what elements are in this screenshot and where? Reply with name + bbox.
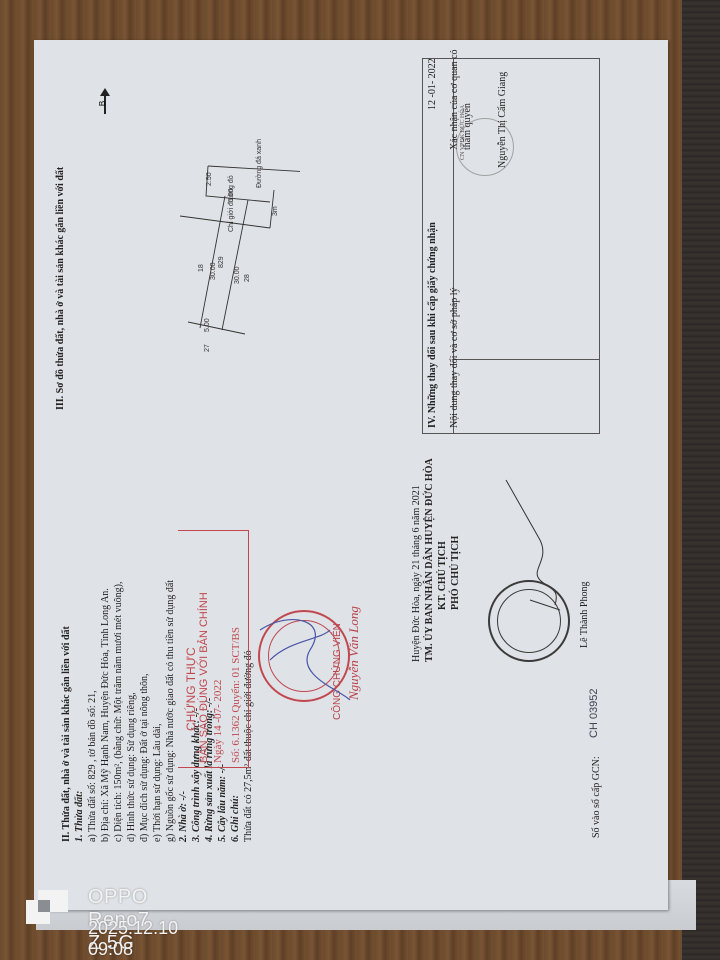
dim-bottom: 5.00 (204, 318, 211, 332)
place-date: Huyện Đức Hòa, ngày 21 tháng 6 năm 2021 (410, 458, 423, 662)
registry-label: Số vào sổ cấp GCN: (590, 756, 603, 838)
sub1-title: 1. Thửa đất: (73, 580, 86, 842)
col-changes-header: Nội dung thay đổi và cơ sở pháp lý (448, 287, 461, 428)
dim-right: 30.00 (234, 266, 241, 284)
section-2-title: II. Thửa đất, nhà ở và tài sản khác gắn … (60, 580, 73, 842)
dim-top: 5.00 (228, 188, 235, 202)
certification-stamp: CHỨNG THỰC BẢN SAO ĐÚNG VỚI BẢN CHÍNH Ng… (178, 530, 249, 768)
neighbor-bottom: 27 (204, 344, 211, 352)
authority: TM. ỦY BAN NHÂN DÂN HUYỆN ĐỨC HÒA (423, 458, 436, 662)
term-line: e) Thời hạn sử dụng: Lâu dài, (151, 580, 164, 842)
dark-wood-edge (682, 0, 720, 960)
section-4-date: 12 -01- 2022 (426, 58, 439, 110)
origin-line: g) Nguồn gốc sử dụng: Nhà nước giao đất … (164, 580, 177, 842)
parcel-diagram: Đường đá xanh Chỉ giới đường đỏ 5.00 30.… (170, 150, 300, 370)
cert-line-1: CHỨNG THỰC (184, 647, 198, 731)
section-4-title: IV. Những thay đổi sau khi cấp giấy chứn… (426, 222, 439, 428)
branch-seal-text: CN VPĐK ĐỨC HÒA (460, 105, 466, 160)
parcel-line: a) Thửa đất số: 829 , tờ bản đồ số: 21, (86, 580, 99, 842)
dim-left: 30.00 (210, 262, 217, 280)
section-4-signer: Nguyễn Thị Cẩm Giang (496, 72, 509, 168)
signature-block: Huyện Đức Hòa, ngày 21 tháng 6 năm 2021 … (410, 458, 462, 662)
road-label-1: Đường đá xanh (256, 139, 263, 188)
cert-line-2: BẢN SAO ĐÚNG VỚI BẢN CHÍNH (198, 592, 210, 763)
registry-value: CH 03952 (588, 688, 600, 738)
government-seal (488, 580, 570, 662)
camera-logo-icon (26, 890, 70, 926)
position-1: KT. CHỦ TỊCH (436, 458, 449, 662)
cert-number: Số: 6.1362 Quyển: 01 SCT/BS (230, 627, 242, 763)
area-line: c) Diện tích: 150m², (bằng chữ: Một trăm… (112, 580, 125, 842)
side-dim: 2.50 (206, 172, 213, 186)
purpose-line: đ) Mục đích sử dụng: Đất ở tại nông thôn… (138, 580, 151, 842)
road-width: 3m (272, 206, 279, 216)
neighbor-right: 28 (244, 274, 251, 282)
north-arrow-icon: B (98, 92, 112, 114)
position-2: PHÓ CHỦ TỊCH (449, 458, 462, 662)
road-label-2: Chỉ giới đường đỏ (228, 175, 235, 232)
cert-date: Ngày 14 -07- 2022 (212, 680, 224, 763)
use-form-line: d) Hình thức sử dụng: Sử dụng riêng, (125, 580, 138, 842)
notary-signature (250, 600, 360, 710)
neighbor-left: 18 (198, 264, 205, 272)
parcel-number: 829 (218, 256, 225, 268)
signer-name: Lê Thành Phong (578, 582, 591, 648)
capture-datetime: 2025.12.10 09:08 (88, 918, 178, 960)
address-line: b) Địa chỉ: Xã Mỹ Hạnh Nam, Huyện Đức Hò… (99, 580, 112, 842)
section-3-title: III. Sơ đồ thửa đất, nhà ở và tài sản kh… (55, 167, 66, 410)
